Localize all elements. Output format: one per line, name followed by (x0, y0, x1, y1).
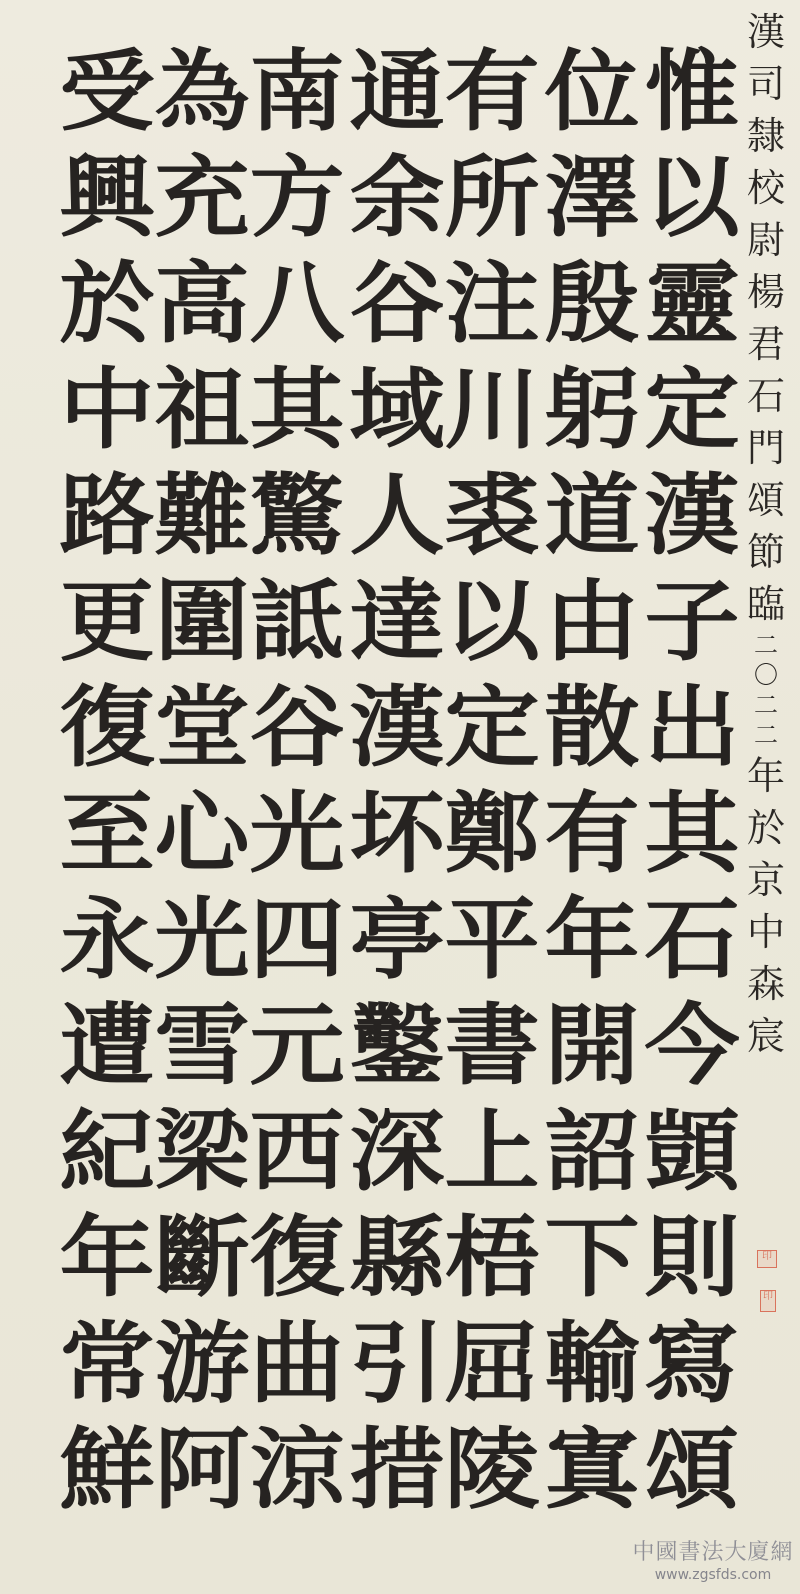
character: 殷 (536, 250, 648, 356)
character: 更 (51, 568, 163, 674)
inscription-place-character: 中 (743, 906, 789, 958)
watermark-url: www.zgsfds.com (628, 1566, 798, 1584)
signature-character: 宸 (743, 1010, 789, 1062)
inscription-character: 司 (743, 58, 789, 110)
character: 輸 (536, 1310, 648, 1416)
character: 有 (536, 780, 648, 886)
inscription-character: 漢 (743, 6, 789, 58)
seal-label: 印 (762, 1251, 772, 1262)
inscription-date-character: 年 (743, 750, 789, 802)
character: 澤 (536, 144, 648, 250)
character: 受 (51, 38, 163, 144)
character: 鮮 (51, 1416, 163, 1522)
character: 則 (636, 1204, 748, 1310)
character: 縣 (341, 1204, 453, 1310)
character: 靈 (636, 250, 748, 356)
inscription-date-character: 〇 (743, 660, 789, 690)
character: 躬 (536, 356, 648, 462)
character: 漢 (341, 674, 453, 780)
inscription-character: 尉 (743, 214, 789, 266)
site-watermark: 中國書法大廈網 www.zgsfds.com (628, 1540, 798, 1584)
character: 鑿 (341, 992, 453, 1098)
scroll-paper: 惟 以 靈 定 漢 子 出 其 石 今 顗 則 寫 頌 位 澤 殷 躬 道 由 … (0, 0, 800, 1594)
character: 中 (51, 356, 163, 462)
inscription-character: 臨 (743, 578, 789, 630)
text-column-6: 為 充 高 祖 難 圍 堂 心 光 雪 梁 斷 游 阿 (150, 38, 254, 1522)
character: 余 (341, 144, 453, 250)
inscription-date-character: 二 (743, 720, 789, 750)
character: 開 (536, 992, 648, 1098)
character: 達 (341, 568, 453, 674)
character: 措 (341, 1416, 453, 1522)
inscription-character: 君 (743, 318, 789, 370)
character: 寫 (636, 1310, 748, 1416)
inscription-character: 石 (743, 370, 789, 422)
character: 石 (636, 886, 748, 992)
inscription-date-character: 二 (743, 630, 789, 660)
text-column-5: 南 方 八 其 驚 詆 谷 光 四 元 西 復 曲 涼 (245, 38, 349, 1522)
character: 顗 (636, 1098, 748, 1204)
text-column-7: 受 興 於 中 路 更 復 至 永 遭 紀 年 常 鮮 (55, 38, 159, 1522)
character: 通 (341, 38, 453, 144)
character: 道 (536, 462, 648, 568)
inscription-column: 漢 司 隸 校 尉 楊 君 石 門 頌 節 臨 二 〇 二 二 年 於 京 中 … (742, 6, 790, 1062)
character: 引 (341, 1310, 453, 1416)
character: 谷 (341, 250, 453, 356)
inscription-character: 節 (743, 526, 789, 578)
character: 於 (51, 250, 163, 356)
text-column-4: 通 余 谷 域 人 達 漢 坏 亭 鑿 深 縣 引 措 (345, 38, 449, 1522)
character: 今 (636, 992, 748, 1098)
character: 至 (51, 780, 163, 886)
character: 子 (636, 568, 748, 674)
character: 域 (341, 356, 453, 462)
character: 亭 (341, 886, 453, 992)
inscription-place-character: 於 (743, 802, 789, 854)
character: 下 (536, 1204, 648, 1310)
character: 寘 (536, 1416, 648, 1522)
character: 以 (636, 144, 748, 250)
inscription-date-character: 二 (743, 690, 789, 720)
character: 惟 (636, 38, 748, 144)
character: 由 (536, 568, 648, 674)
inscription-character: 門 (743, 422, 789, 474)
text-column-3: 有 所 注 川 裘 以 定 鄭 平 書 上 梧 屈 陵 (440, 38, 544, 1522)
character: 位 (536, 38, 648, 144)
character: 深 (341, 1098, 453, 1204)
text-column-1: 惟 以 靈 定 漢 子 出 其 石 今 顗 則 寫 頌 (640, 38, 744, 1522)
character: 出 (636, 674, 748, 780)
text-column-2: 位 澤 殷 躬 道 由 散 有 年 開 詔 下 輸 寘 (540, 38, 644, 1522)
character: 散 (536, 674, 648, 780)
character: 定 (636, 356, 748, 462)
inscription-character: 隸 (743, 110, 789, 162)
artist-seal-1: 印 (757, 1250, 777, 1268)
inscription-character: 楊 (743, 266, 789, 318)
seal-label: 印 (763, 1291, 773, 1302)
character: 坏 (341, 780, 453, 886)
character: 人 (341, 462, 453, 568)
character: 漢 (636, 462, 748, 568)
character: 年 (51, 1204, 163, 1310)
artist-seal-2: 印 (760, 1290, 776, 1312)
character: 紀 (51, 1098, 163, 1204)
character: 年 (536, 886, 648, 992)
inscription-character: 頌 (743, 474, 789, 526)
character: 復 (51, 674, 163, 780)
inscription-character: 校 (743, 162, 789, 214)
inscription-place-character: 京 (743, 854, 789, 906)
character: 頌 (636, 1416, 748, 1522)
character: 詔 (536, 1098, 648, 1204)
watermark-site-name: 中國書法大廈網 (628, 1540, 798, 1566)
signature-character: 森 (743, 958, 789, 1010)
character: 常 (51, 1310, 163, 1416)
character: 興 (51, 144, 163, 250)
character: 路 (51, 462, 163, 568)
character: 遭 (51, 992, 163, 1098)
character: 永 (51, 886, 163, 992)
character: 其 (636, 780, 748, 886)
